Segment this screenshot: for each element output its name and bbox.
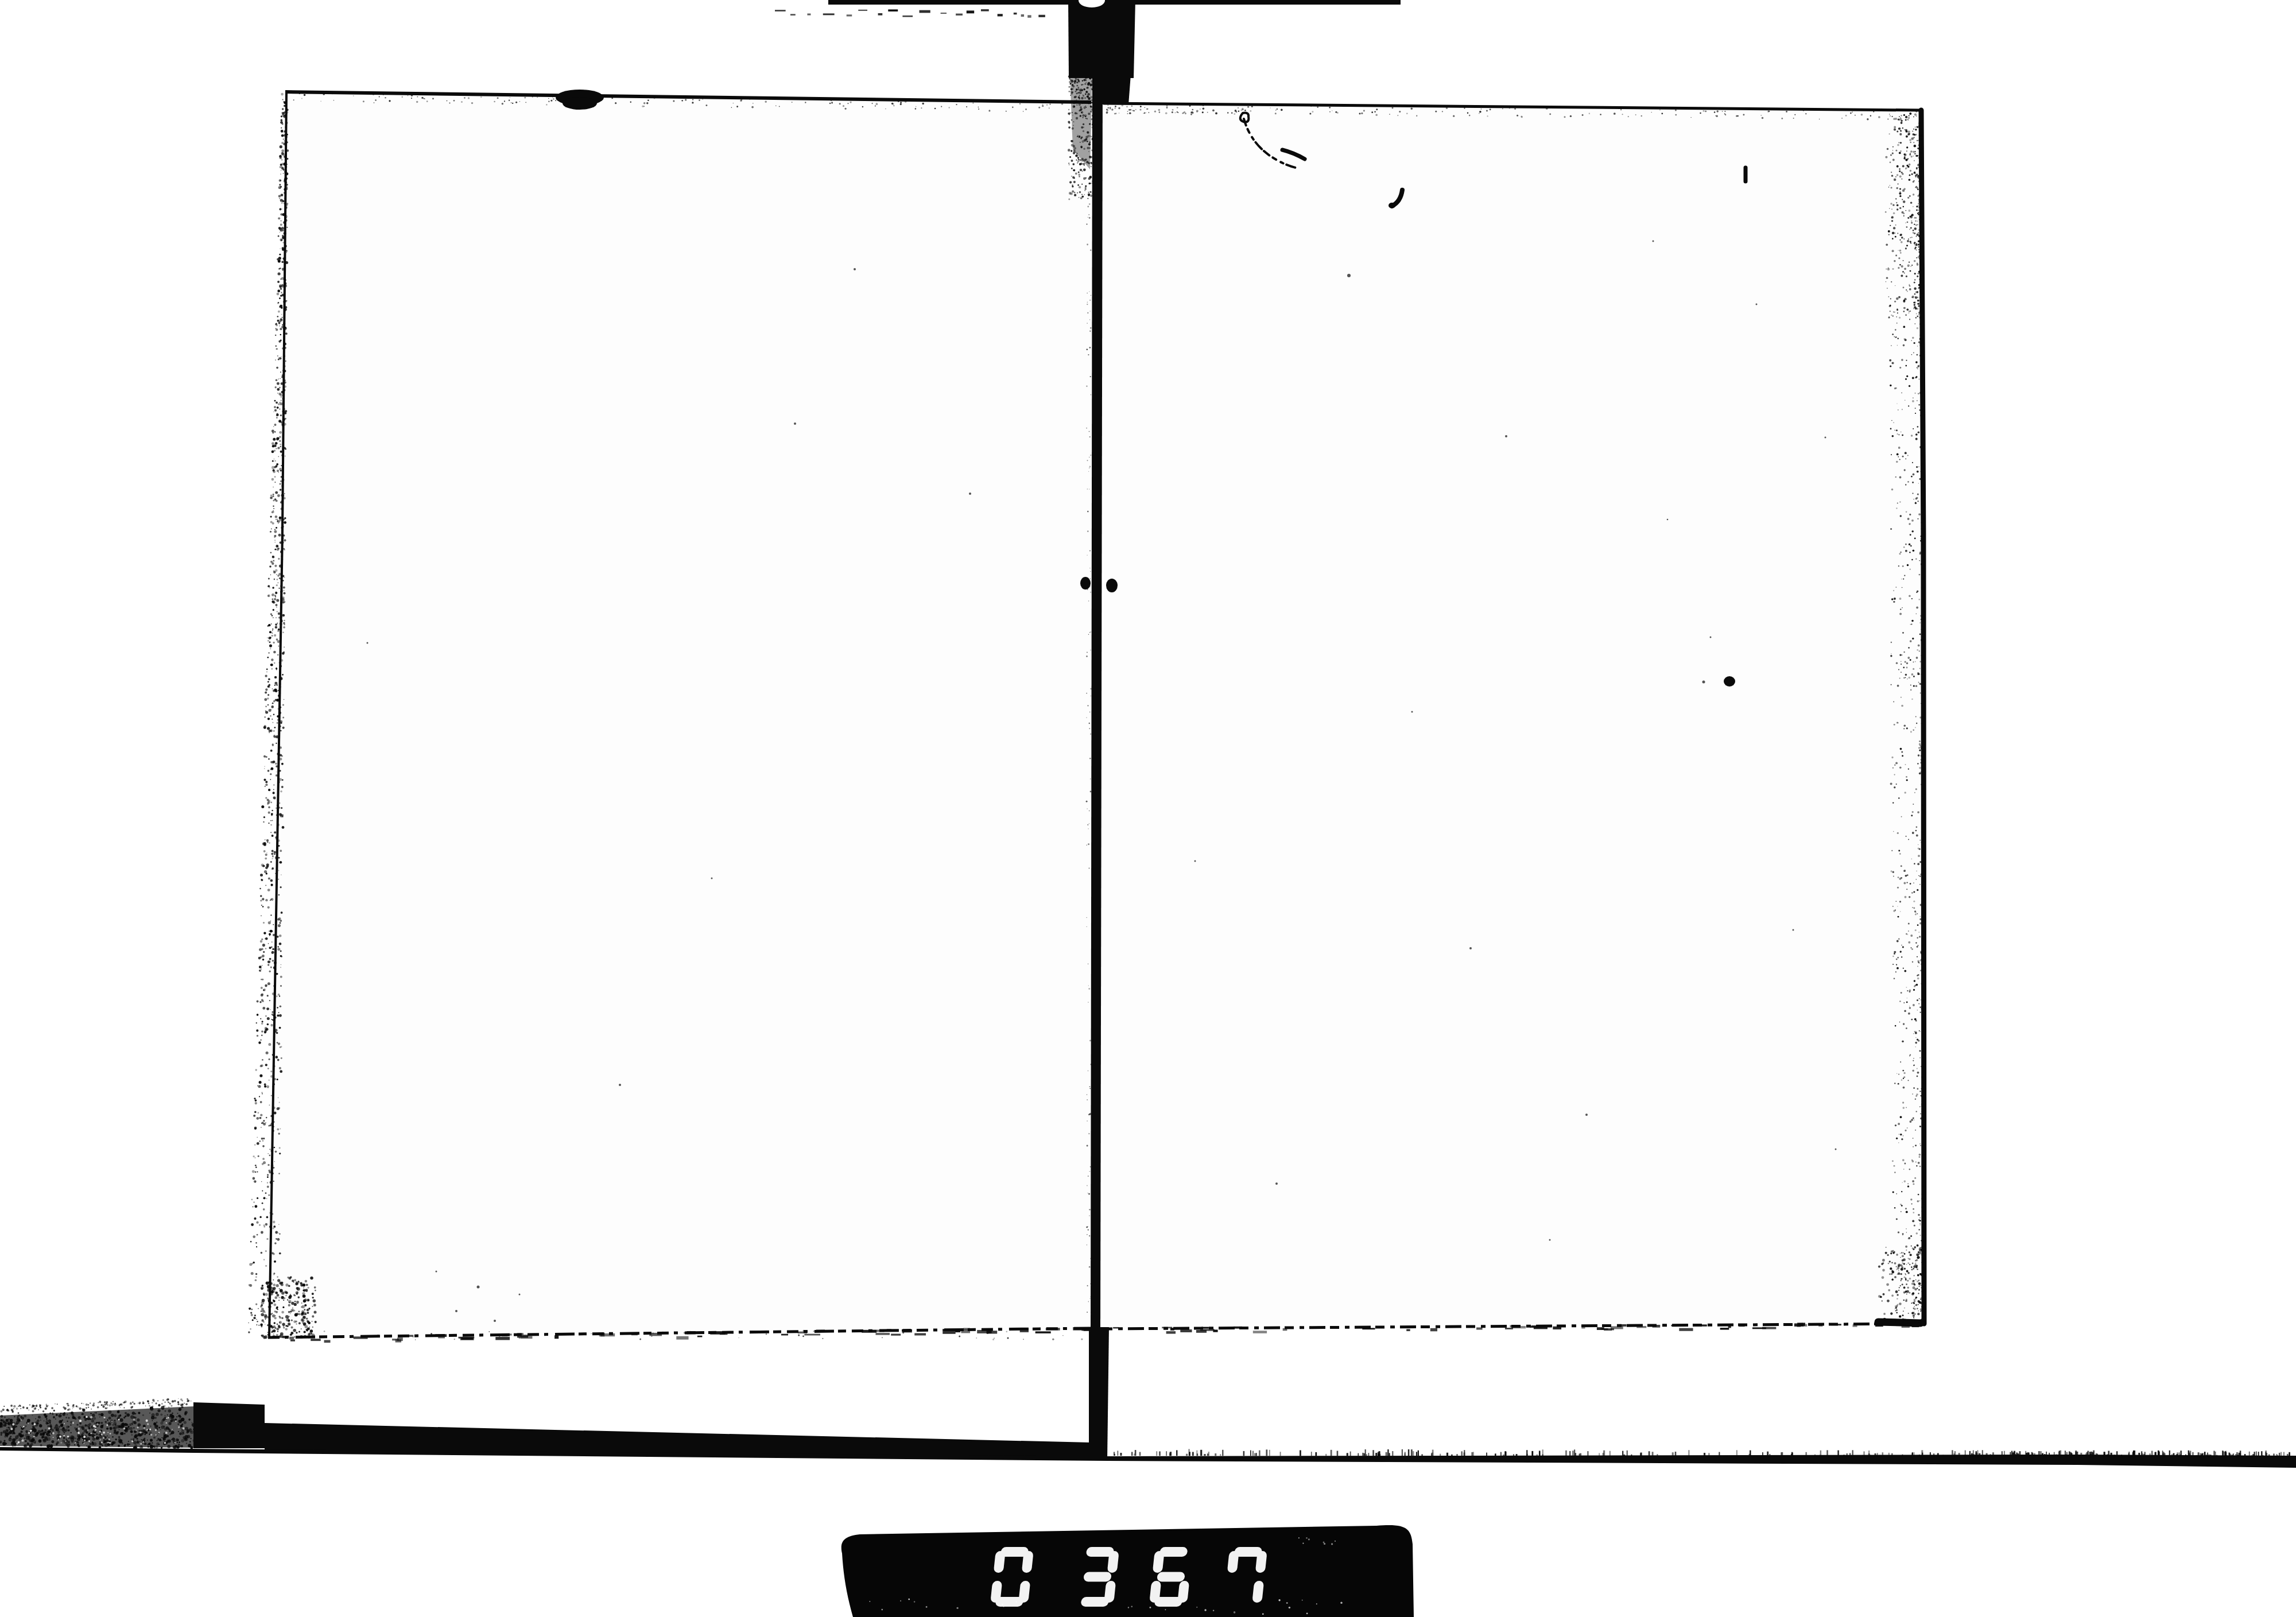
frame-counter: [841, 1525, 1414, 1617]
frame-counter-box: [841, 1525, 1414, 1617]
ink-blob: [1106, 579, 1118, 592]
ink-blob: [1389, 203, 1395, 208]
bottom-left-block: [193, 1402, 265, 1448]
ink-blob: [563, 97, 597, 110]
ink-blob: [1080, 577, 1091, 590]
spine-top-tab: [1068, 0, 1135, 78]
ink-blob: [1724, 676, 1735, 687]
spine-foot: [1089, 1327, 1109, 1460]
spine-top-tab-lower: [1093, 75, 1131, 104]
left-page: [248, 91, 1098, 1343]
book-scan-svg: [0, 0, 2296, 1617]
right-page-surface: [1103, 103, 1925, 1329]
left-page-surface: [267, 91, 1091, 1338]
scan-root: 0367: [0, 0, 2296, 1617]
